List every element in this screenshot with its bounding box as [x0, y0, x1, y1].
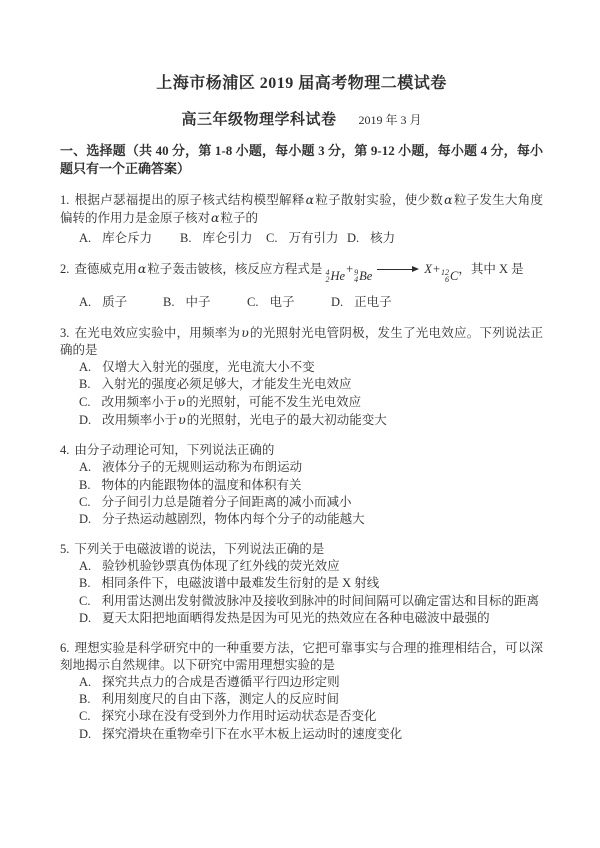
stem-text: 粒子轰击铍核，核反应方程式是 [147, 262, 322, 276]
exam-date: 2019 年 3 月 [359, 113, 422, 127]
option-a: A.探究共点力的合成是否遵循平行四边形定则 [60, 674, 543, 691]
option-b: B.利用刻度尺的自由下落，测定人的反应时间 [60, 691, 543, 708]
option-c: C.分子间引力总是随着分子间距离的减小而减小 [60, 494, 543, 511]
option-b: B.库仑引力 [180, 230, 266, 247]
option-text: 的光照射，光电子的最大初动能变大 [187, 413, 387, 427]
option-text: 正电子 [354, 295, 392, 309]
option-label: C. [247, 294, 258, 311]
option-text: 利用雷达测出发射微波脉冲及接收到脉冲的时间间隔可以确定雷达和目标的距离 [101, 594, 539, 608]
question-4-stem: 4.由分子动理论可知，下列说法正确的 [60, 442, 543, 459]
option-text: 电子 [269, 295, 294, 309]
option-label: C. [79, 394, 90, 411]
option-c: C.万有引力 [266, 230, 347, 247]
option-text: 万有引力 [288, 231, 338, 245]
option-b: B.中子 [163, 294, 247, 311]
option-label: B. [79, 691, 90, 708]
stem-text: 查德威克用 [74, 262, 137, 276]
option-text: 分子热运动越剧烈，物体内每个分子的动能越大 [102, 512, 365, 526]
option-label: A. [79, 294, 91, 311]
greek-upsilon: υ [240, 325, 250, 340]
option-label: A. [79, 558, 91, 575]
nuclide-numbers: 42 [325, 269, 329, 283]
option-text: 液体分子的无规则运动称为布朗运动 [102, 460, 302, 474]
element-symbol: Be [359, 268, 372, 285]
option-label: A. [79, 674, 91, 691]
option-text: 入射光的强度必须足够大，才能发生光电效应 [101, 377, 351, 391]
option-label: D. [331, 294, 343, 311]
stem-text: 下列关于电磁波谱的说法，下列说法正确的是 [74, 542, 324, 556]
option-c: C.利用雷达测出发射微波脉冲及接收到脉冲的时间间隔可以确定雷达和目标的距离 [60, 593, 543, 610]
option-a: A.库仑斥力 [79, 230, 180, 247]
option-text: 改用频率小于 [102, 413, 177, 427]
option-text: 夏天太阳把地面晒得发热是因为可见光的热效应在各种电磁波中最强的 [102, 611, 490, 625]
stem-text: 根据卢瑟福提出的原子核式结构模型解释 [74, 193, 304, 207]
greek-alpha: α [210, 210, 220, 225]
option-b: B.相同条件下，电磁波谱中最难发生衍射的是 X 射线 [60, 575, 543, 592]
option-label: B. [79, 477, 90, 494]
question-1-stem: 1.根据卢瑟福提出的原子核式结构模型解释α粒子散射实验，使少数α粒子发生大角度偏… [60, 191, 543, 227]
stem-text: 粒子散射实验，使少数 [315, 193, 443, 207]
subtitle-row: 高三年级物理学科试卷2019 年 3 月 [60, 108, 543, 129]
question-2-options: A.质子 B.中子 C.电子 D.正电子 [60, 294, 543, 311]
question-number: 4. [60, 443, 69, 457]
option-label: D. [347, 230, 359, 247]
plus-sign: + [346, 262, 353, 276]
atomic-number: 6 [445, 276, 449, 283]
option-label: A. [79, 359, 91, 376]
option-label: D. [79, 726, 91, 743]
option-text: 利用刻度尺的自由下落，测定人的反应时间 [101, 692, 339, 706]
option-a: A.验钞机验钞票真伪体现了红外线的荧光效应 [60, 558, 543, 575]
option-text: 验钞机验钞票真伪体现了红外线的荧光效应 [102, 559, 340, 573]
option-text: 相同条件下，电磁波谱中最难发生衍射的是 X 射线 [101, 576, 379, 590]
plus-sign: + [433, 262, 440, 276]
nuclide-numbers: 94 [354, 269, 358, 283]
question-1-options: A.库仑斥力 B.库仑引力 C.万有引力 D.核力 [60, 230, 543, 247]
option-text: 探究共点力的合成是否遵循平行四边形定则 [102, 675, 340, 689]
question-4: 4.由分子动理论可知，下列说法正确的 A.液体分子的无规则运动称为布朗运动 B.… [60, 442, 543, 528]
option-text: 物体的内能跟物体的温度和体积有关 [101, 478, 301, 492]
nuclide-carbon-12: 126C [441, 268, 458, 285]
atomic-number: 2 [325, 276, 329, 283]
option-label: C. [79, 593, 90, 610]
option-text: 库仑引力 [202, 231, 252, 245]
option-c: C.探究小球在没有受到外力作用时运动状态是否变化 [60, 708, 543, 725]
question-5-stem: 5.下列关于电磁波谱的说法，下列说法正确的是 [60, 541, 543, 558]
option-label: B. [163, 294, 174, 311]
option-c: C.电子 [247, 294, 331, 311]
option-text: 的光照射，可能不发生光电效应 [186, 395, 361, 409]
question-number: 6. [60, 641, 69, 655]
option-label: C. [79, 708, 90, 725]
greek-alpha: α [137, 261, 147, 276]
stem-text: 在光电效应实验中，用频率为 [74, 326, 240, 340]
section-header: 一、选择题（共 40 分，第 1-8 小题，每小题 3 分，第 9-12 小题，… [60, 142, 543, 178]
option-label: A. [79, 459, 91, 476]
question-3: 3.在光电效应实验中，用频率为υ的光照射光电管阴极，发生了光电效应。下列说法正确… [60, 324, 543, 430]
option-label: B. [79, 376, 90, 393]
option-a: A.仅增大入射光的强度，光电流大小不变 [60, 359, 543, 376]
greek-alpha: α [443, 192, 453, 207]
option-label: C. [79, 494, 90, 511]
question-number: 1. [60, 193, 69, 207]
greek-upsilon: υ [176, 394, 186, 409]
question-6-stem: 6.理想实验是科学研究中的一种重要方法，它把可靠事实与合理的推理相结合，可以深刻… [60, 640, 543, 674]
nuclide-beryllium-9: 94Be [354, 268, 372, 285]
option-text: 中子 [185, 295, 210, 309]
option-d: D.核力 [347, 230, 395, 247]
option-text: 质子 [102, 295, 127, 309]
option-a: A.质子 [79, 294, 163, 311]
stem-text: 粒子的 [220, 211, 258, 225]
subtitle: 高三年级物理学科试卷 [181, 112, 336, 128]
question-number: 5. [60, 542, 69, 556]
option-label: A. [79, 230, 91, 247]
atomic-number: 4 [354, 276, 358, 283]
option-d: D.正电子 [331, 294, 392, 311]
option-text: 探究小球在没有受到外力作用时运动状态是否变化 [101, 709, 376, 723]
nuclide-numbers: 126 [441, 269, 449, 283]
option-label: C. [266, 230, 277, 247]
option-text: 库仑斥力 [102, 231, 152, 245]
question-number: 2. [60, 262, 69, 276]
stem-text: ，其中 X 是 [458, 262, 523, 276]
option-text: 探究滑块在重物牵引下在水平木板上运动时的速度变化 [102, 727, 402, 741]
greek-alpha: α [305, 192, 315, 207]
option-d: D.改用频率小于υ的光照射，光电子的最大初动能变大 [60, 411, 543, 429]
option-label: D. [79, 412, 91, 429]
stem-text: 理想实验是科学研究中的一种重要方法，它把可靠事实与合理的推理相结合，可以深刻地揭… [60, 641, 543, 672]
option-text: 改用频率小于 [101, 395, 176, 409]
question-2: 2.查德威克用α粒子轰击铍核，核反应方程式是 42He+94BeX+126C，其… [60, 260, 543, 311]
option-b: B.物体的内能跟物体的温度和体积有关 [60, 477, 543, 494]
greek-upsilon: υ [177, 412, 187, 427]
unknown-particle-x: X [424, 262, 432, 276]
option-label: D. [79, 511, 91, 528]
option-label: B. [180, 230, 191, 247]
page-title: 上海市杨浦区 2019 届高考物理二模试卷 [60, 70, 543, 93]
nuclide-helium-4: 42He [325, 268, 345, 285]
question-2-stem: 2.查德威克用α粒子轰击铍核，核反应方程式是 42He+94BeX+126C，其… [60, 260, 543, 285]
question-number: 3. [60, 326, 69, 340]
option-d: D.探究滑块在重物牵引下在水平木板上运动时的速度变化 [60, 726, 543, 743]
option-c: C.改用频率小于υ的光照射，可能不发生光电效应 [60, 393, 543, 411]
option-a: A.液体分子的无规则运动称为布朗运动 [60, 459, 543, 476]
option-text: 分子间引力总是随着分子间距离的减小而减小 [101, 495, 351, 509]
reaction-arrow-icon [377, 269, 417, 270]
question-5: 5.下列关于电磁波谱的说法，下列说法正确的是 A.验钞机验钞票真伪体现了红外线的… [60, 541, 543, 627]
option-b: B.入射光的强度必须足够大，才能发生光电效应 [60, 376, 543, 393]
stem-text: 由分子动理论可知，下列说法正确的 [74, 443, 274, 457]
exam-paper-page: 上海市杨浦区 2019 届高考物理二模试卷 高三年级物理学科试卷2019 年 3… [0, 0, 600, 848]
option-label: B. [79, 575, 90, 592]
question-3-stem: 3.在光电效应实验中，用频率为υ的光照射光电管阴极，发生了光电效应。下列说法正确… [60, 324, 543, 359]
option-text: 仅增大入射光的强度，光电流大小不变 [102, 360, 315, 374]
option-d: D.夏天太阳把地面晒得发热是因为可见光的热效应在各种电磁波中最强的 [60, 610, 543, 627]
question-6: 6.理想实验是科学研究中的一种重要方法，它把可靠事实与合理的推理相结合，可以深刻… [60, 640, 543, 743]
element-symbol: He [330, 268, 345, 285]
option-d: D.分子热运动越剧烈，物体内每个分子的动能越大 [60, 511, 543, 528]
question-1: 1.根据卢瑟福提出的原子核式结构模型解释α粒子散射实验，使少数α粒子发生大角度偏… [60, 191, 543, 247]
option-label: D. [79, 610, 91, 627]
option-text: 核力 [370, 231, 395, 245]
